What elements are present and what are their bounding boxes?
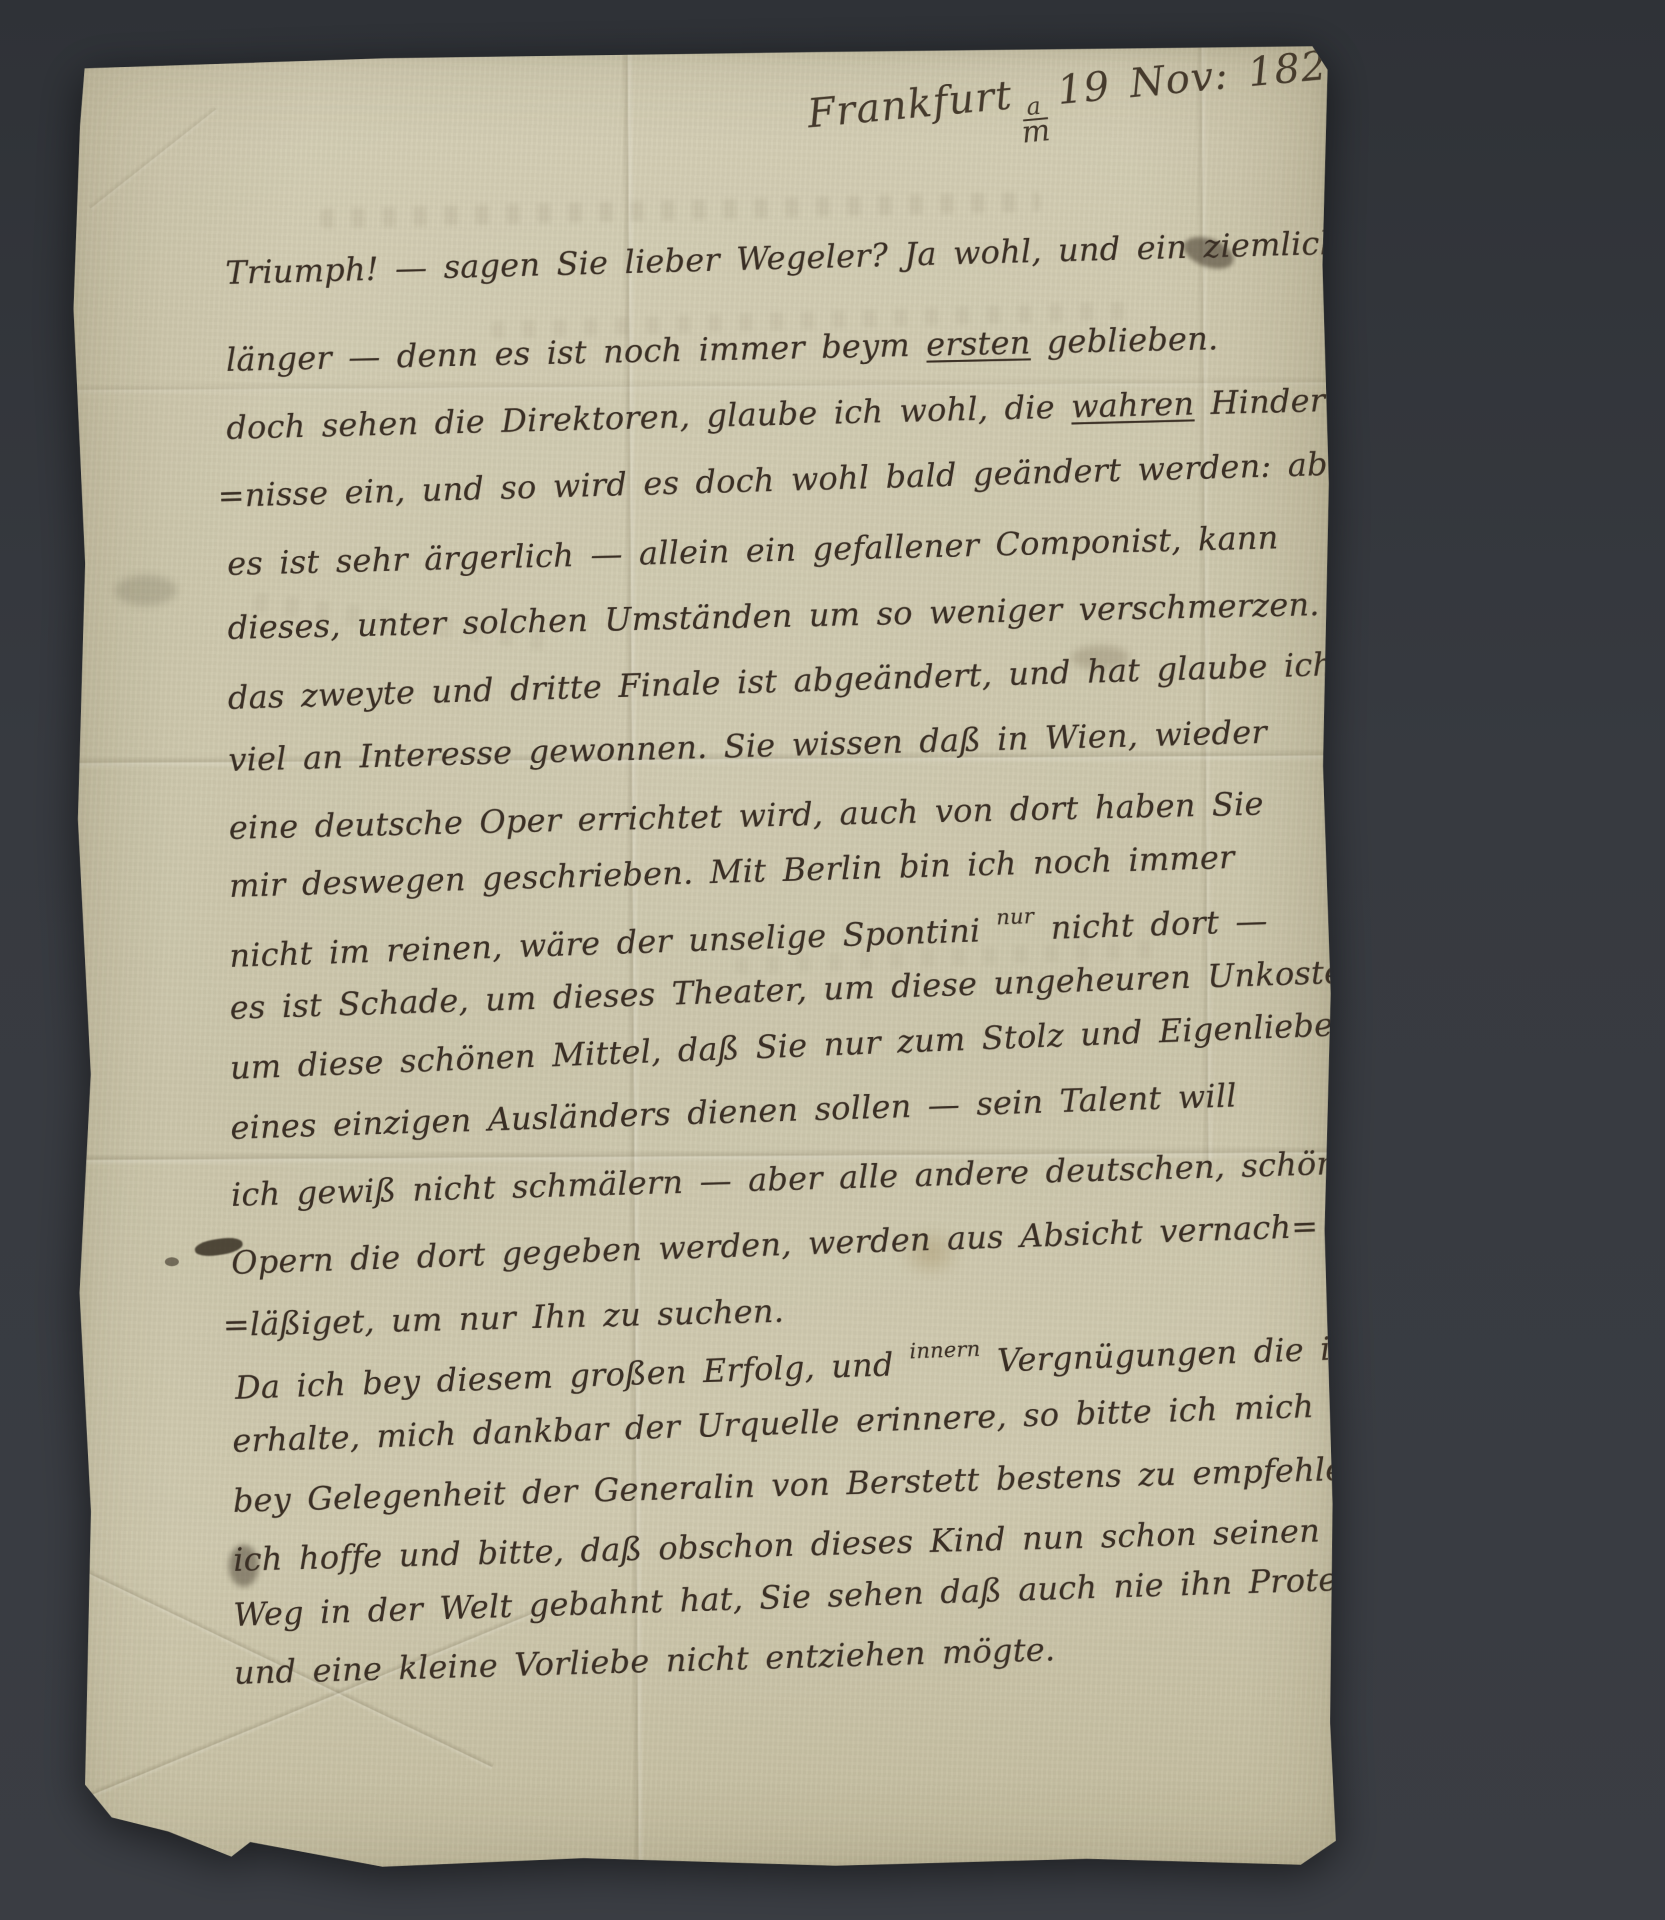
- ink-blot-small: [165, 1257, 179, 1266]
- handwritten-segment: Opern die dort gegeben werden, werden au…: [231, 1207, 1319, 1282]
- fold-crease-vertical-right: [1195, 47, 1214, 1167]
- handwritten-segment: Weg in der Welt gebahnt hat, Sie sehen d…: [233, 1558, 1421, 1634]
- handwritten-line: länger — denn es ist noch immer beym ers…: [226, 319, 1219, 379]
- handwritten-line: ich hoffe und bitte, daß obschon dieses …: [233, 1511, 1321, 1578]
- inserted-word: nur: [996, 904, 1034, 929]
- handwritten-line: es ist Schade, um dieses Theater, um die…: [229, 952, 1375, 1027]
- ink-blot: [194, 1236, 244, 1259]
- handwritten-line: Da ich bey diesem großen Erfolg, und inn…: [234, 1328, 1370, 1407]
- handwritten-segment: es ist Schade, um dieses Theater, um die…: [229, 952, 1375, 1027]
- handwritten-segment: eines einzigen Ausländers dienen sollen …: [230, 1076, 1237, 1146]
- handwritten-segment: das zweyte und dritte Finale ist abgeänd…: [227, 645, 1333, 717]
- ink-smear-corner: [229, 1545, 259, 1587]
- handwritten-line: =nisse ein, und so wird es doch wohl bal…: [217, 444, 1363, 515]
- handwritten-line: bey Gelegenheit der Generalin von Berste…: [232, 1449, 1376, 1520]
- ink-showthrough-smudge: [320, 192, 1040, 229]
- handwritten-segment: um diese schönen Mittel, daß Sie nur zum…: [229, 1006, 1334, 1087]
- handwritten-line: =läßiget, um nur Ihn zu suchen.: [222, 1292, 784, 1344]
- handwritten-line: und eine kleine Vorliebe nicht entziehen…: [233, 1630, 1055, 1692]
- handwritten-segment: =nisse ein, und so wird es doch wohl bal…: [217, 444, 1363, 515]
- underlined-word: wahren: [1071, 384, 1195, 425]
- handwritten-line: erhalte, mich dankbar der Urquelle erinn…: [232, 1387, 1315, 1460]
- handwritten-segment: es ist sehr ärgerlich — allein ein gefal…: [227, 518, 1279, 583]
- yellow-stain: [899, 1226, 963, 1278]
- date-line: Frankfurtam19 Nov: 1828: [805, 41, 1357, 163]
- photo-background: Frankfurtam19 Nov: 1828 Triumph! — sagen…: [0, 0, 1665, 1920]
- handwritten-segment: geblieben.: [1030, 319, 1219, 361]
- handwritten-segment: nicht dort —: [1034, 902, 1268, 948]
- handwritten-line: Opern die dort gegeben werden, werden au…: [231, 1207, 1319, 1282]
- handwritten-line: doch sehen die Direktoren, glaube ich wo…: [226, 380, 1353, 446]
- inserted-word: innern: [909, 1337, 981, 1364]
- handwritten-segment: Vergnügungen die ich: [980, 1328, 1370, 1380]
- am-base: m: [1021, 119, 1052, 143]
- handwritten-segment: bey Gelegenheit der Generalin von Berste…: [232, 1449, 1376, 1520]
- smudge-faint: [115, 575, 177, 605]
- ink-showthrough-smudge: [735, 940, 1155, 975]
- handwritten-line: ich gewiß nicht schmälern — aber alle an…: [230, 1143, 1377, 1214]
- am-abbreviation: am: [1019, 98, 1052, 143]
- handwritten-line: eine deutsche Oper errichtet wird, auch …: [228, 785, 1264, 847]
- handwritten-segment: Hinder=: [1194, 380, 1353, 422]
- handwritten-line: Weg in der Welt gebahnt hat, Sie sehen d…: [233, 1558, 1421, 1634]
- handwritten-segment: doch sehen die Direktoren, glaube ich wo…: [226, 388, 1072, 447]
- fold-crease-horizontal-lower: [76, 1146, 1334, 1166]
- fold-crease-horizontal-upper: [74, 749, 1332, 769]
- underlined-word: ersten: [926, 323, 1031, 363]
- handwritten-segment: Triumph! — sagen Sie lieber Wegeler? Ja …: [225, 224, 1341, 292]
- handwritten-line: Triumph! — sagen Sie lieber Wegeler? Ja …: [225, 224, 1341, 292]
- handwritten-line: eines einzigen Ausländers dienen sollen …: [230, 1076, 1237, 1146]
- handwritten-line: dieses, unter solchen Umständen um so we…: [227, 585, 1320, 647]
- handwritten-line: es ist sehr ärgerlich — allein ein gefal…: [227, 518, 1279, 583]
- handwritten-segment: dieses, unter solchen Umständen um so we…: [227, 585, 1320, 647]
- handwritten-line: mir deswegen geschrieben. Mit Berlin bin…: [229, 838, 1236, 905]
- fold-crease-horizontal-faint: [71, 376, 1329, 396]
- letter-sheet-wrapper: Frankfurtam19 Nov: 1828 Triumph! — sagen…: [69, 46, 1338, 1876]
- handwritten-line: nicht im reinen, wäre der unselige Spont…: [229, 902, 1268, 975]
- handwritten-segment: nicht im reinen, wäre der unselige Spont…: [229, 911, 998, 975]
- handwritten-segment: =läßiget, um nur Ihn zu suchen.: [222, 1292, 784, 1344]
- handwritten-line: um diese schönen Mittel, daß Sie nur zum…: [229, 1006, 1334, 1087]
- ink-smear: [1179, 231, 1237, 275]
- handwritten-line: viel an Interesse gewonnen. Sie wissen d…: [228, 713, 1268, 779]
- fold-crease-vertical-center: [621, 50, 644, 1872]
- handwritten-segment: Da ich bey diesem großen Erfolg, und: [234, 1345, 910, 1407]
- handwritten-segment: ich hoffe und bitte, daß obschon dieses …: [233, 1511, 1321, 1578]
- handwritten-segment: viel an Interesse gewonnen. Sie wissen d…: [228, 713, 1268, 779]
- ink-showthrough-smudge: [253, 592, 553, 652]
- fold-crease-corner: [88, 105, 219, 211]
- handwritten-segment: länger — denn es ist noch immer beym: [226, 326, 927, 379]
- handwritten-segment: erhalte, mich dankbar der Urquelle erinn…: [232, 1387, 1315, 1460]
- letter-sheet: Frankfurtam19 Nov: 1828 Triumph! — sagen…: [69, 46, 1338, 1876]
- handwritten-segment: und eine kleine Vorliebe nicht entziehen…: [233, 1630, 1055, 1692]
- fold-crease-diagonal-2: [68, 1609, 534, 1807]
- ink-showthrough-smudge: [491, 302, 1131, 340]
- handwritten-line: das zweyte und dritte Finale ist abgeänd…: [227, 645, 1333, 717]
- letter-body: Triumph! — sagen Sie lieber Wegeler? Ja …: [69, 46, 1338, 1876]
- date-place: Frankfurt: [805, 72, 1014, 137]
- smudge: [1071, 645, 1129, 669]
- am-superscript: a: [1021, 98, 1048, 121]
- handwritten-segment: ich gewiß nicht schmälern — aber alle an…: [230, 1143, 1377, 1214]
- fold-crease-diagonal-1: [67, 1559, 495, 1771]
- handwritten-segment: mir deswegen geschrieben. Mit Berlin bin…: [229, 838, 1236, 905]
- handwritten-segment: eine deutsche Oper errichtet wird, auch …: [228, 785, 1264, 847]
- date-value: 19 Nov: 1828: [1055, 41, 1355, 115]
